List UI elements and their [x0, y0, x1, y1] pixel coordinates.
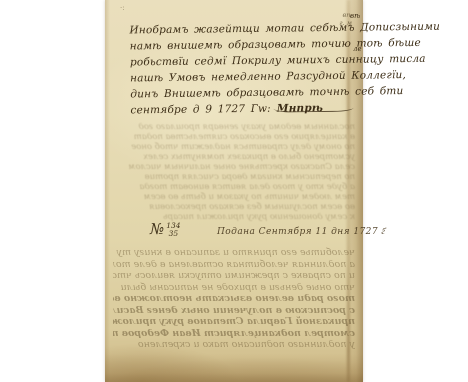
showthrough-line: приказной Гаврила Степанов руку приложил	[113, 316, 355, 328]
showthrough-text-lower: челобитье его принято и записано в книгу…	[113, 247, 355, 351]
showthrough-line: того ради велено взыскать неотложно вско…	[113, 293, 355, 305]
superscript-note: вѣ	[350, 13, 360, 20]
superscript-note: ле	[353, 46, 362, 53]
registration-fraction: 13435	[166, 222, 180, 237]
showthrough-text-upper: посланным ведома указу генваря прошлаго …	[113, 122, 355, 222]
showthrough-line: а подлинная челобитная оставлена в деле …	[113, 259, 355, 271]
registration-number: №13435	[150, 219, 181, 238]
showthrough-line: посланным ведома указу генваря прошлаго …	[113, 122, 355, 132]
photo-background: ·: вѣ г. м Инобрамъ жазейтщи мотаи себѣм…	[0, 0, 468, 382]
showthrough-line: у подлиннаго подписано тако и скреплено	[113, 339, 355, 351]
showthrough-line: по переписным книгам двора счисляя проти…	[113, 172, 355, 182]
numero-sign: №	[150, 220, 164, 238]
date-text: сентябре д 9 1727 Гw:	[130, 103, 270, 117]
showthrough-line: усмотрено было в приказех помянутых селе…	[113, 152, 355, 162]
date-line: сентябре д 9 1727 Гw:Мнпрѣ	[130, 100, 362, 119]
manuscript-line: динъ Внишемѣ образцовамѣ точнѣ себ бти	[130, 84, 362, 103]
showthrough-line: во всем послушным без всякаго прекослови…	[113, 202, 355, 212]
showthrough-line: смотрел подканцелярист Иван Федоров писе…	[113, 328, 355, 340]
showthrough-line: в канцелярию его высокаго сиятельства по…	[113, 132, 355, 142]
showthrough-line: по оному делу справиться надлежит чтоб о…	[113, 142, 355, 152]
main-text-block: Инобрамъ жазейтщи мотаи себѣмъ Дописзыни…	[129, 20, 362, 119]
showthrough-line: а буде кто у того дела явится виноват то…	[113, 182, 355, 192]
signature-flourish: Мнпрѣ	[277, 102, 323, 115]
showthrough-line: с роспискою в получении оных денег Васил…	[113, 305, 355, 317]
showthrough-line: что оные деньги в приходе не написаны бы…	[113, 282, 355, 294]
showthrough-line: тем людем чинить по указом и быть во все…	[113, 192, 355, 202]
received-annotation: Подана Сентября 11 дня 1727 г҃	[217, 226, 385, 237]
showthrough-line: села Спаскаго крестьяне оные наличным чи…	[113, 162, 355, 172]
pencil-mark-top-left: ·:	[120, 4, 125, 12]
registration-number-bottom: 35	[166, 230, 180, 238]
manuscript-page: ·: вѣ г. м Инобрамъ жазейтщи мотаи себѣм…	[105, 0, 363, 382]
showthrough-line: челобитье его принято и записано в книгу…	[113, 247, 355, 259]
showthrough-line: и по справке с прежними отпуски явилось …	[113, 270, 355, 282]
